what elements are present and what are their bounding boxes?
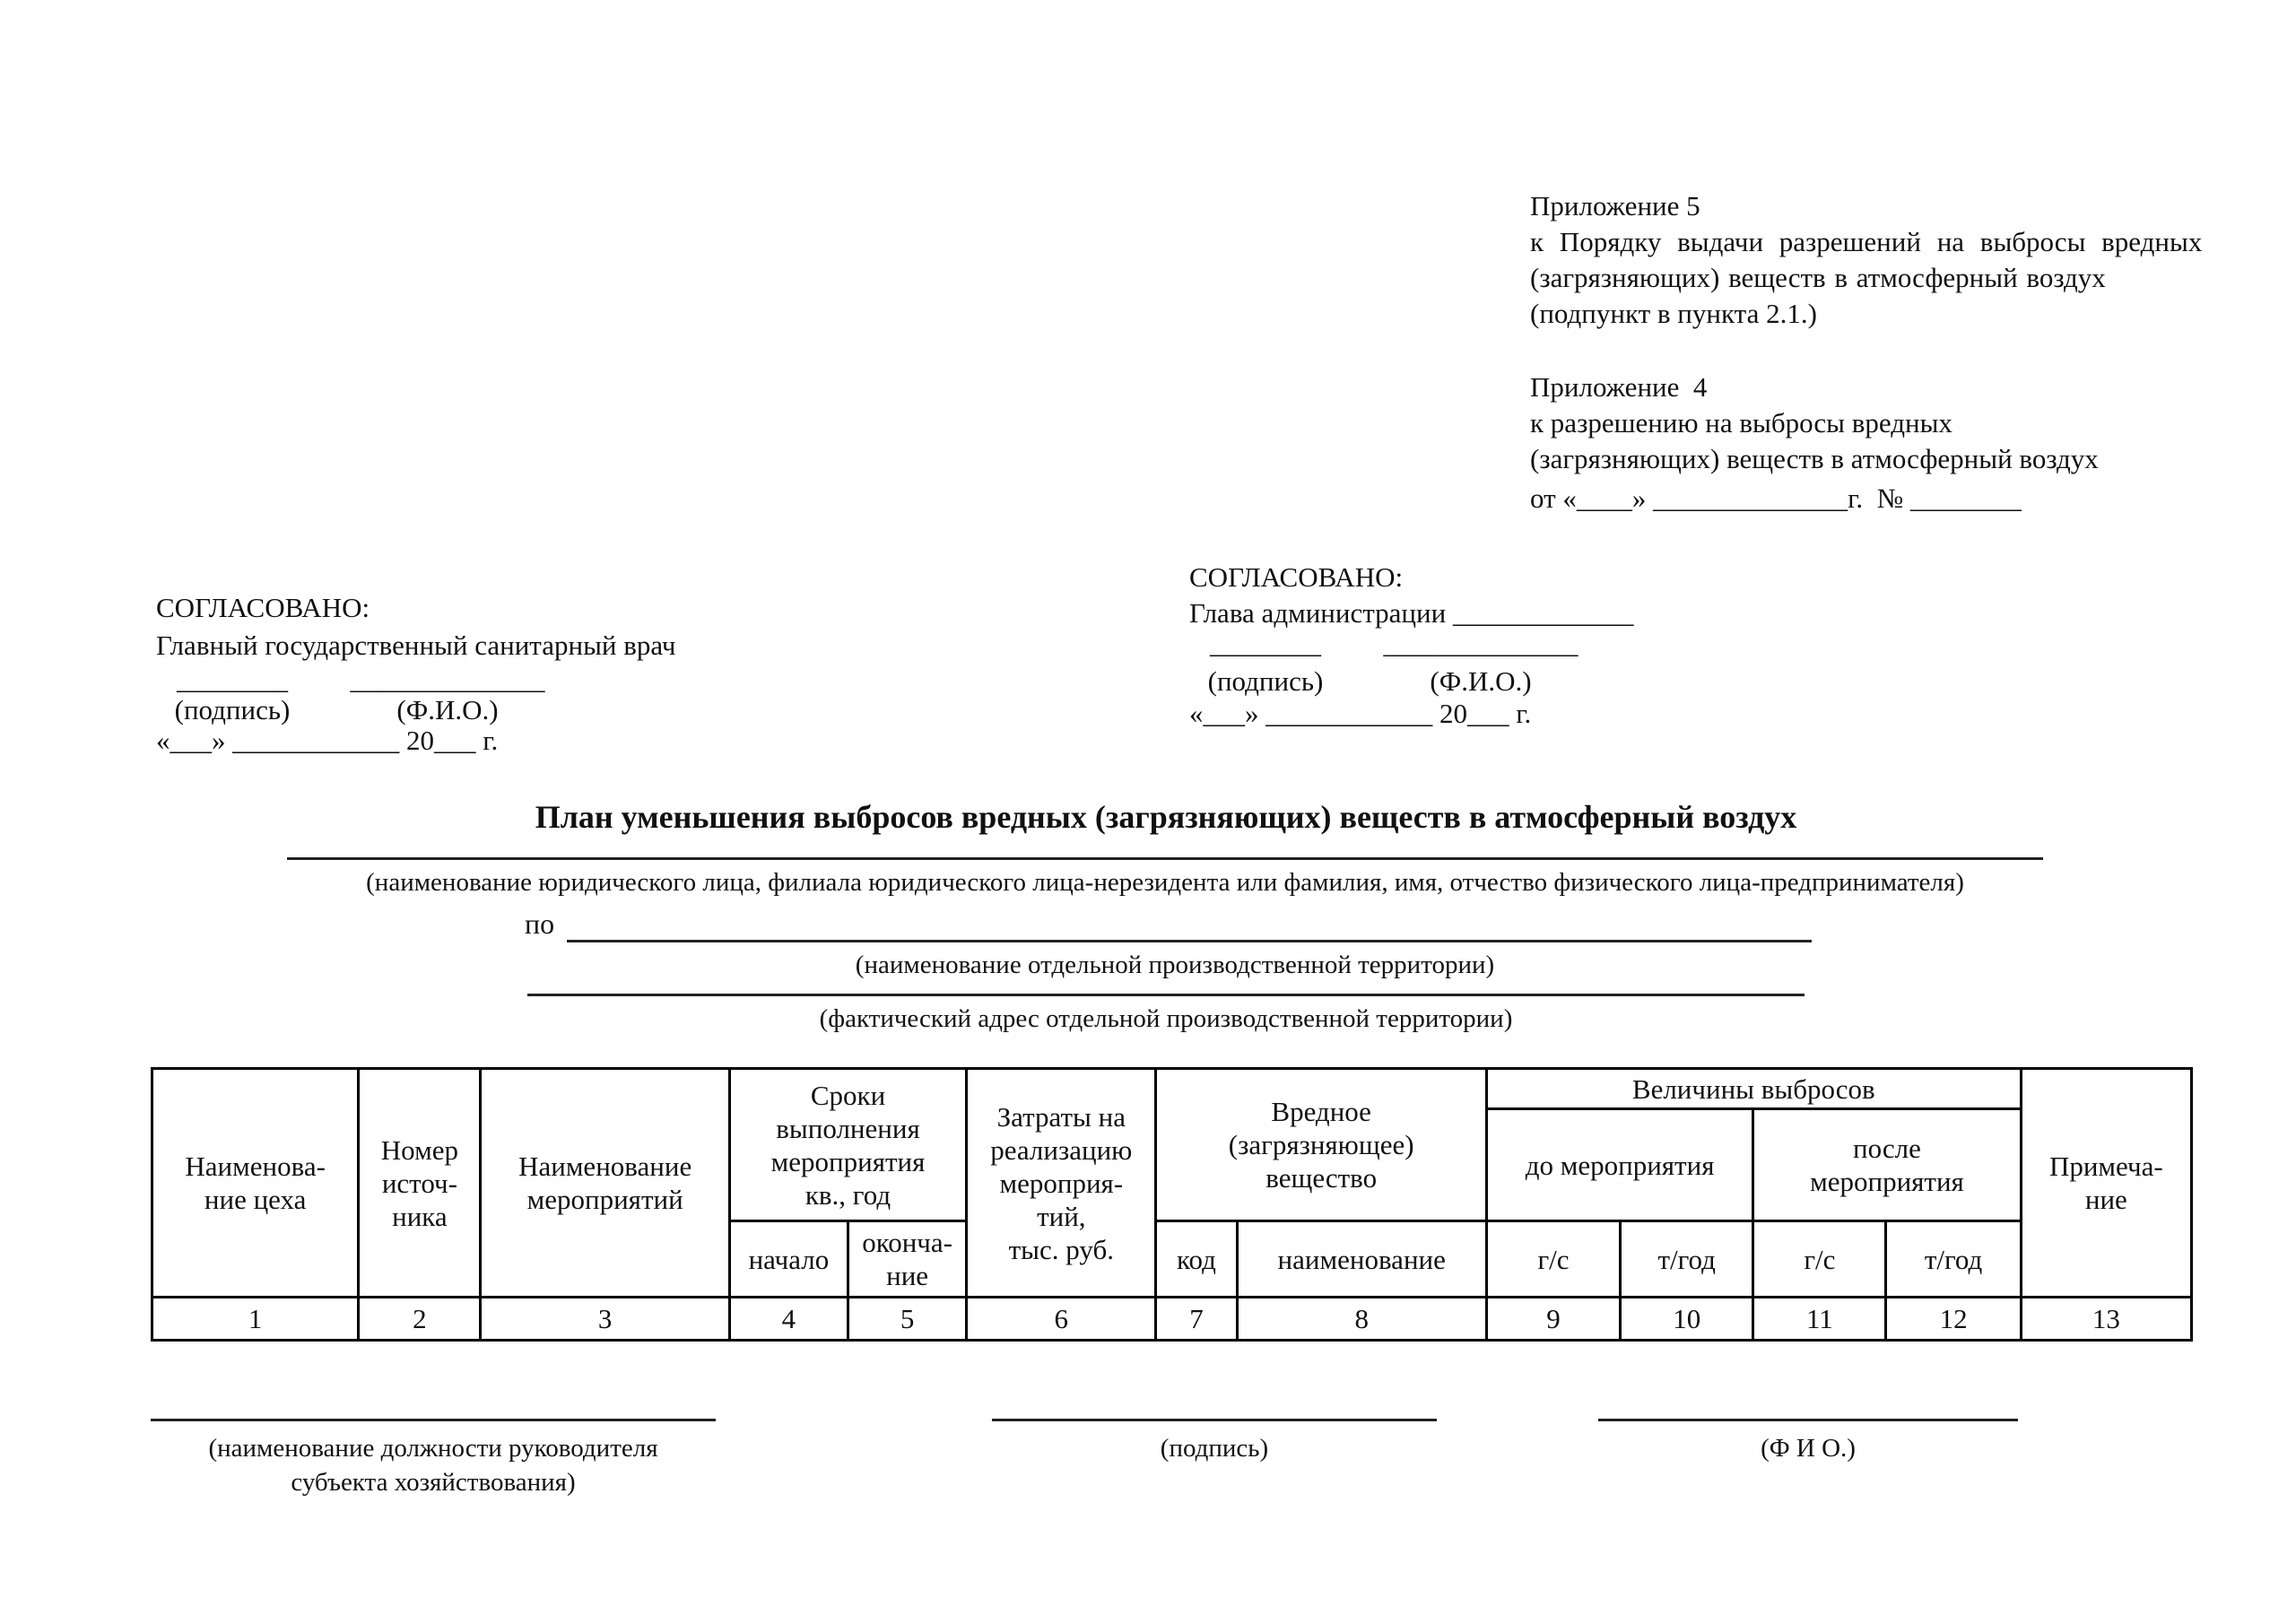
header-cell-measures: Наименование мероприятий (481, 1069, 729, 1298)
header-cell-source-number: Номер источ- ника (359, 1069, 481, 1298)
appendix5-line4: (подпункт в пункта 2.1.) (1530, 296, 2230, 332)
approval-right-blanks: ______________________ (1189, 626, 1602, 662)
column-number: 13 (2021, 1298, 2191, 1341)
appendix4-date-line: от «____» ______________г. № ________ (1530, 482, 2022, 515)
appendix5-line1: Приложение 5 (1530, 188, 2230, 224)
column-number: 4 (729, 1298, 848, 1341)
signature-blank: ________ (1189, 626, 1342, 662)
fio-caption: (Ф.И.О.) (1360, 664, 1602, 699)
column-number: 7 (1156, 1298, 1237, 1341)
header-sub-code: код (1156, 1221, 1237, 1298)
address-caption: (фактический адрес отдельной производств… (527, 1003, 1805, 1035)
header-group-substance: Вредное (загрязняющее) вещество (1156, 1069, 1486, 1221)
column-number: 2 (359, 1298, 481, 1341)
territory-blank-line (567, 940, 1812, 942)
header-cell-costs: Затраты на реализацию мероприя- тий, тыс… (967, 1069, 1156, 1298)
header-cell-workshop: Наименова- ние цеха (152, 1069, 359, 1298)
header-unit-tyear-before: т/год (1621, 1221, 1753, 1298)
header-sub-before: до мероприятия (1486, 1109, 1752, 1221)
footer-position-caption-line1: (наименование должности руководителя (151, 1431, 716, 1465)
header-sub-after: после мероприятия (1753, 1109, 2021, 1221)
emissions-plan-table: Наименова- ние цеха Номер источ- ника На… (151, 1067, 2193, 1342)
column-number: 6 (967, 1298, 1156, 1341)
appendix5-line2: к Порядку выдачи разрешений на выбросы в… (1530, 224, 2230, 260)
approval-right-block: СОГЛАСОВАНО: Глава администрации _______… (1189, 560, 1781, 739)
column-number: 10 (1621, 1298, 1753, 1341)
header-sub-name: наименование (1237, 1221, 1486, 1298)
address-blank-line (527, 994, 1805, 996)
footer-signature-line (992, 1419, 1437, 1421)
entity-caption: (наименование юридического лица, филиала… (287, 866, 2043, 899)
header-sub-end: оконча- ние (848, 1221, 967, 1298)
po-label: по (525, 908, 554, 941)
column-number: 12 (1886, 1298, 2021, 1341)
appendix4-block: Приложение 4 к разрешению на выбросы вре… (1530, 369, 2230, 477)
fio-blank: ______________ (1360, 626, 1602, 662)
header-group-emissions: Величины выбросов (1486, 1069, 2021, 1109)
approval-left-subtitle: Главный государственный санитарный врач (156, 628, 676, 664)
column-number: 5 (848, 1298, 967, 1341)
column-number: 11 (1753, 1298, 1886, 1341)
footer-position-caption: (наименование должности руководителя суб… (151, 1431, 716, 1499)
signature-caption: (подпись) (1189, 664, 1342, 699)
header-unit-gs-before: г/с (1486, 1221, 1620, 1298)
footer-position-caption-line2: субъекта хозяйствования) (151, 1465, 716, 1499)
footer-position-line (151, 1419, 716, 1421)
territory-caption: (наименование отдельной производственной… (538, 949, 1812, 981)
header-sub-start: начало (729, 1221, 848, 1298)
approval-right-date: «___» ____________ 20___ г. (1189, 696, 1531, 732)
approval-left-block: СОГЛАСОВАНО: Главный государственный сан… (156, 590, 856, 769)
column-number: 3 (481, 1298, 729, 1341)
approval-left-date: «___» ____________ 20___ г. (156, 723, 498, 759)
appendix4-line1: Приложение 4 (1530, 369, 2230, 405)
page-title: План уменьшения выбросов вредных (загряз… (287, 798, 2045, 836)
footer-fio-caption: (Ф И О.) (1598, 1431, 2018, 1465)
approval-left-title: СОГЛАСОВАНО: (156, 590, 370, 626)
appendix4-line2: к разрешению на выбросы вредных (1530, 405, 2230, 441)
header-group-terms: Сроки выполнения мероприятия кв., год (729, 1069, 966, 1221)
approval-right-title: СОГЛАСОВАНО: (1189, 560, 1403, 595)
header-unit-tyear-after: т/год (1886, 1221, 2021, 1298)
approval-right-captions: (подпись)(Ф.И.О.) (1189, 664, 1602, 699)
column-number: 9 (1486, 1298, 1620, 1341)
appendix5-block: Приложение 5 к Порядку выдачи разрешений… (1530, 188, 2230, 332)
appendix5-line3: (загрязняющих) веществ в атмосферный воз… (1530, 260, 2230, 296)
column-number: 1 (152, 1298, 359, 1341)
header-cell-note: Примеча- ние (2021, 1069, 2191, 1298)
appendix4-line3: (загрязняющих) веществ в атмосферный воз… (1530, 441, 2230, 477)
column-number: 8 (1237, 1298, 1486, 1341)
footer-signature-caption: (подпись) (992, 1431, 1437, 1465)
footer-fio-line (1598, 1419, 2018, 1421)
entity-blank-line (287, 857, 2043, 860)
header-unit-gs-after: г/с (1753, 1221, 1886, 1298)
document-page: Приложение 5 к Порядку выдачи разрешений… (0, 0, 2296, 1624)
